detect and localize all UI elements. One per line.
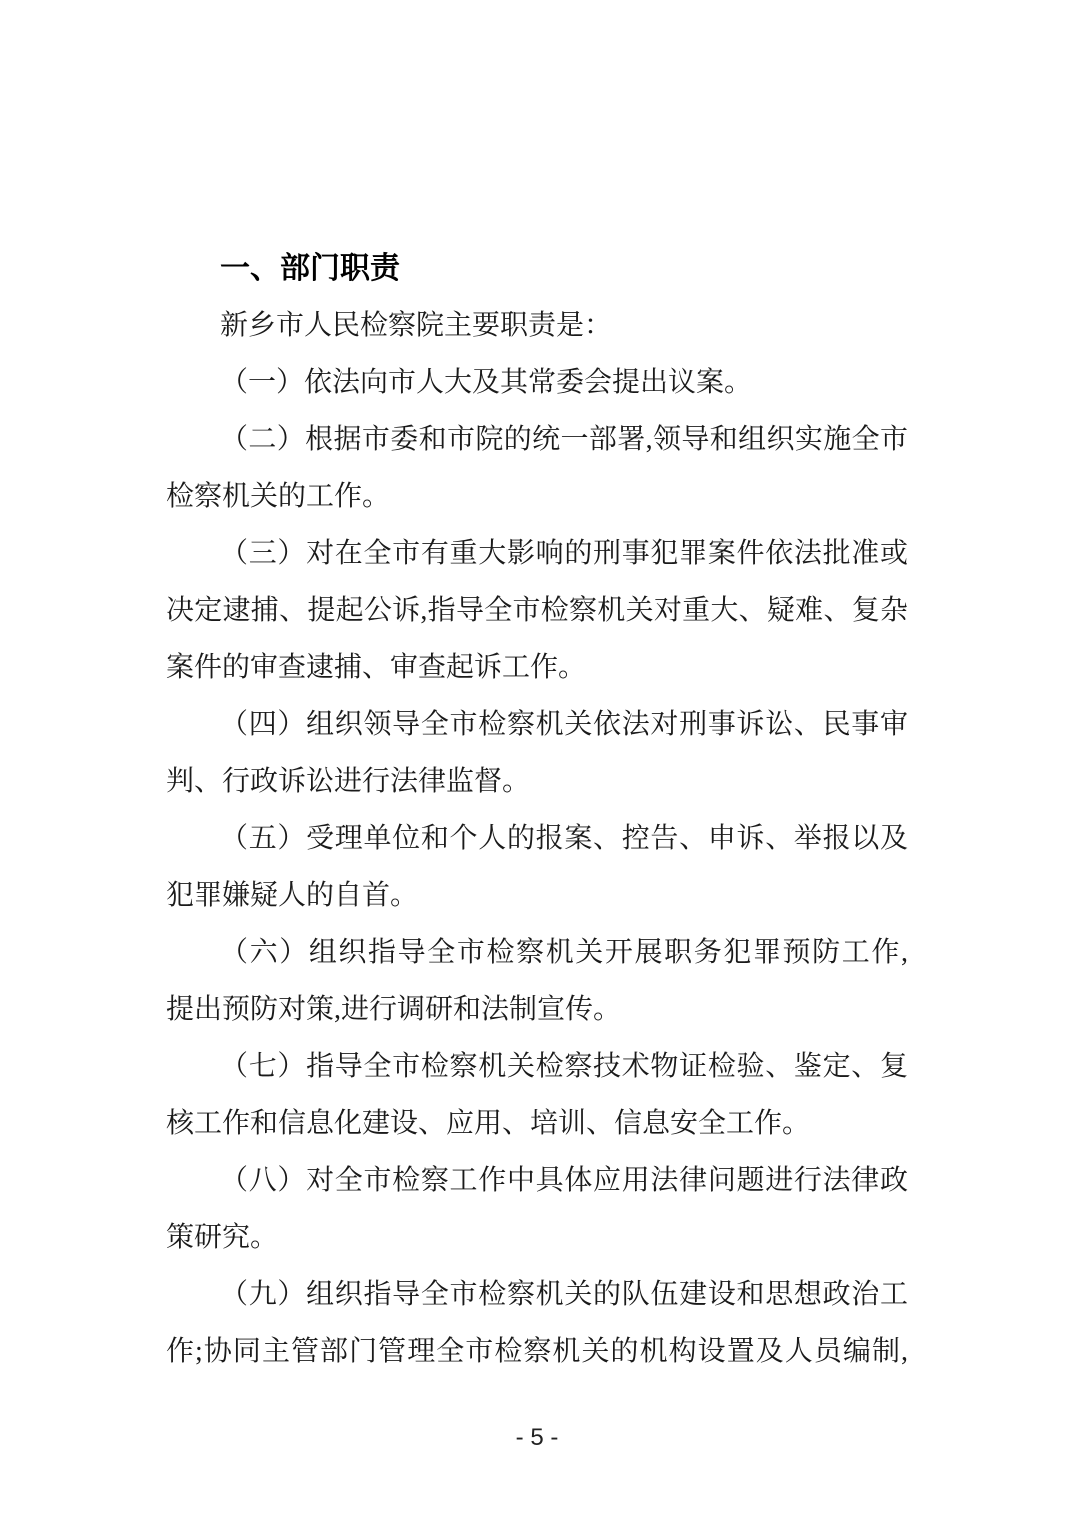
text-line: 犯罪嫌疑人的自首。 [166, 867, 908, 924]
text-line: （三）对在全市有重大影响的刑事犯罪案件依法批准或 [166, 525, 908, 582]
text-line: 核工作和信息化建设、应用、培训、信息安全工作。 [166, 1095, 908, 1152]
text-line: 判、行政诉讼进行法律监督。 [166, 753, 908, 810]
text-line: 作;协同主管部门管理全市检察机关的机构设置及人员编制, [166, 1323, 908, 1380]
text-line: 提出预防对策,进行调研和法制宣传。 [166, 981, 908, 1038]
text-line: 策研究。 [166, 1209, 908, 1266]
text-line: （四）组织领导全市检察机关依法对刑事诉讼、民事审 [166, 696, 908, 753]
text-line: 决定逮捕、提起公诉,指导全市检察机关对重大、疑难、复杂 [166, 582, 908, 639]
page-number: - 5 - [0, 1424, 1074, 1452]
text-line: （九）组织指导全市检察机关的队伍建设和思想政治工 [166, 1266, 908, 1323]
text-line: （一）依法向市人大及其常委会提出议案。 [166, 354, 908, 411]
text-line: （二）根据市委和市院的统一部署,领导和组织实施全市 [166, 411, 908, 468]
text-line: （七）指导全市检察机关检察技术物证检验、鉴定、复 [166, 1038, 908, 1095]
body-lines: 新乡市人民检察院主要职责是：（一）依法向市人大及其常委会提出议案。（二）根据市委… [166, 297, 908, 1380]
text-line: （五）受理单位和个人的报案、控告、申诉、举报以及 [166, 810, 908, 867]
document-page: 一、部门职责 新乡市人民检察院主要职责是：（一）依法向市人大及其常委会提出议案。… [0, 0, 1074, 1520]
document-content: 一、部门职责 新乡市人民检察院主要职责是：（一）依法向市人大及其常委会提出议案。… [166, 240, 908, 1380]
section-heading: 一、部门职责 [166, 240, 908, 297]
text-line: （八）对全市检察工作中具体应用法律问题进行法律政 [166, 1152, 908, 1209]
text-line: 新乡市人民检察院主要职责是： [166, 297, 908, 354]
text-line: （六）组织指导全市检察机关开展职务犯罪预防工作, [166, 924, 908, 981]
text-line: 检察机关的工作。 [166, 468, 908, 525]
text-line: 案件的审查逮捕、审查起诉工作。 [166, 639, 908, 696]
